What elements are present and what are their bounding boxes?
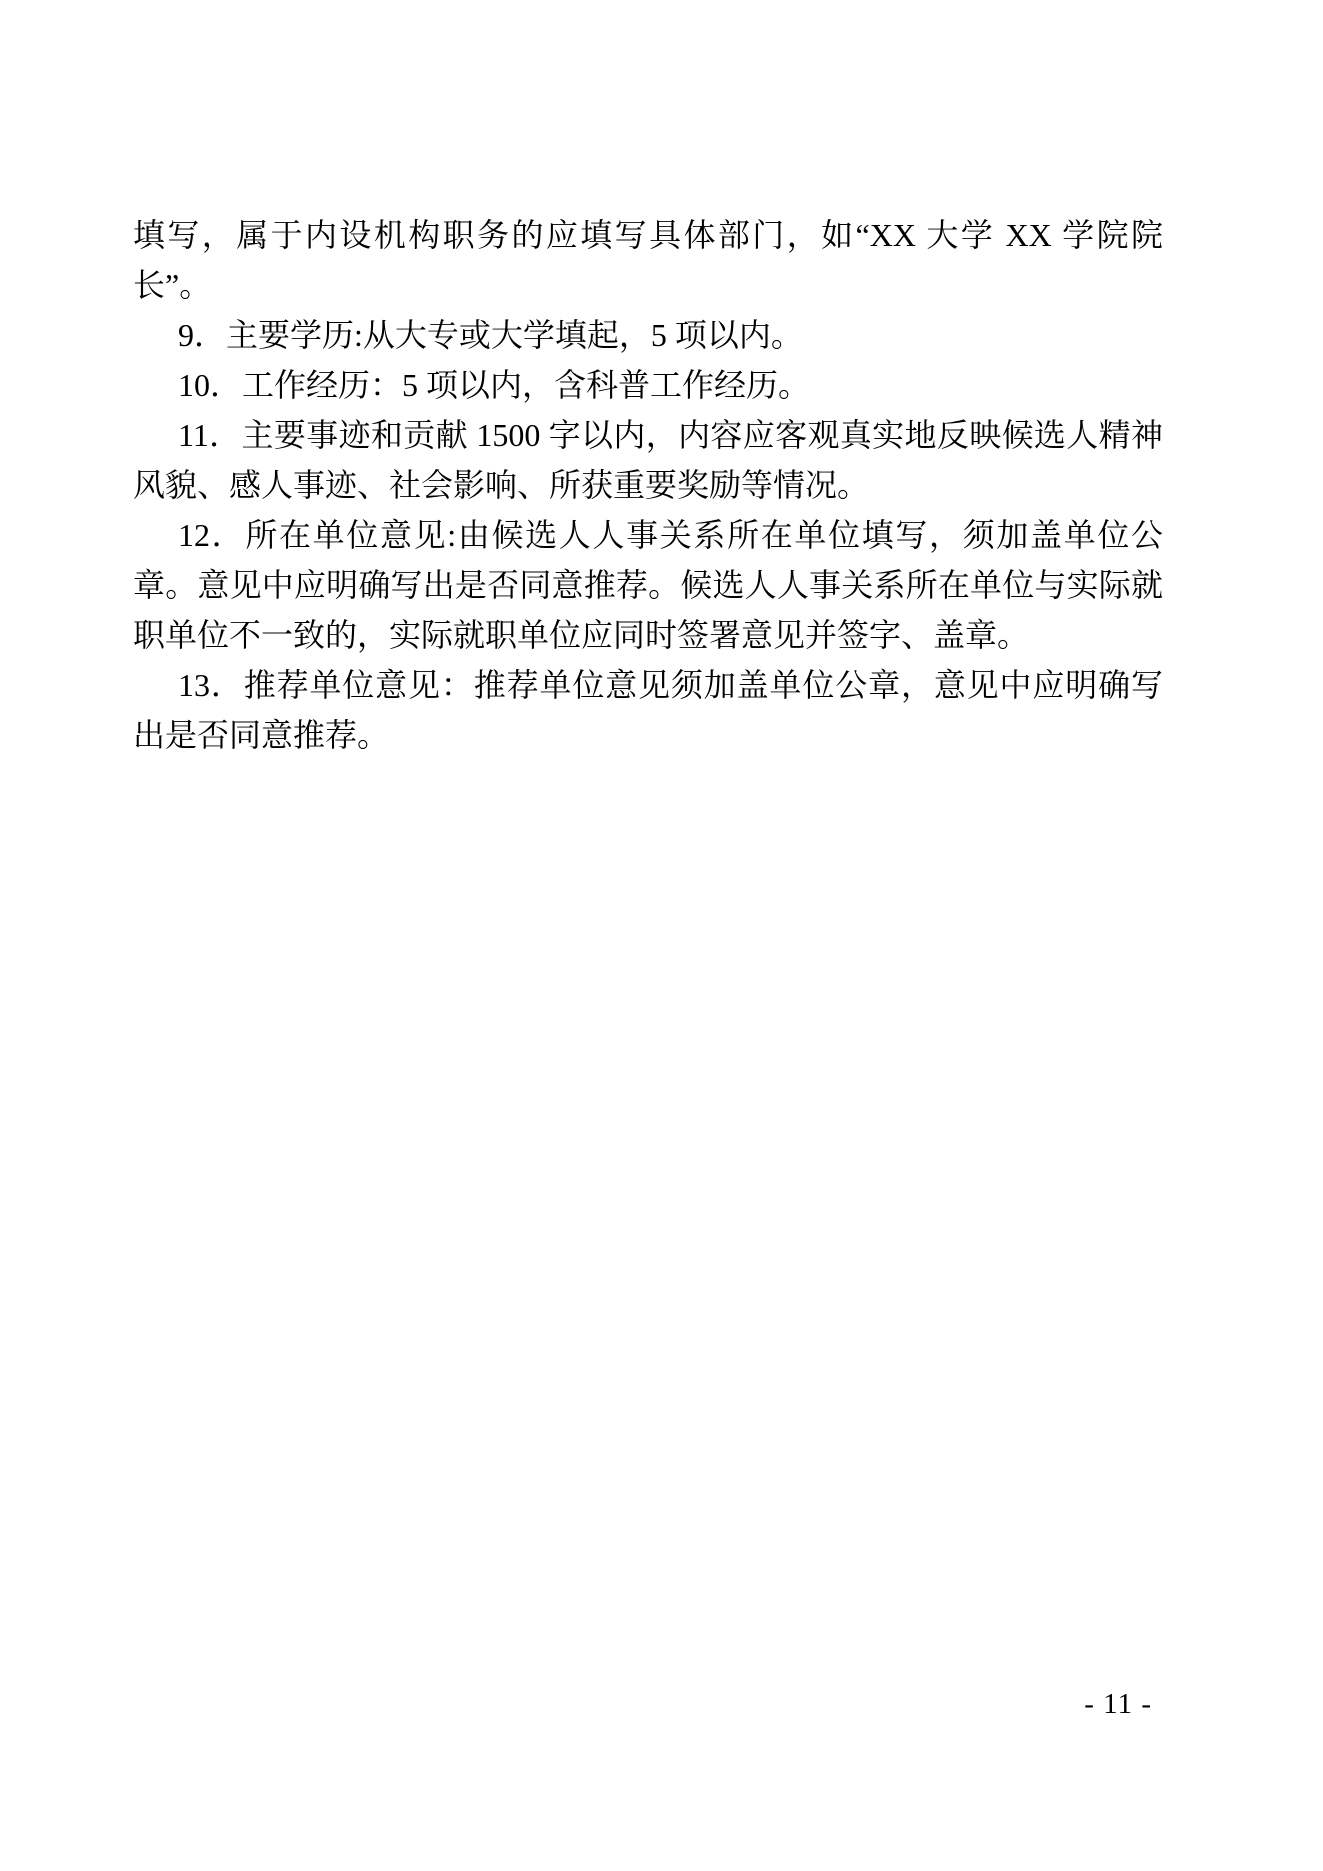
body-text-block: 填写，属于内设机构职务的应填写具体部门，如“XX 大学 XX 学院院长”。 9．… xyxy=(133,210,1163,760)
list-item-12: 12．所在单位意见:由候选人人事关系所在单位填写，须加盖单位公章。意见中应明确写… xyxy=(133,510,1163,660)
list-item-11: 11．主要事迹和贡献 1500 字以内，内容应客观真实地反映候选人精神风貌、感人… xyxy=(133,410,1163,510)
page-number: - 11 - xyxy=(1084,1688,1152,1721)
list-item-10: 10．工作经历：5 项以内，含科普工作经历。 xyxy=(133,360,1163,410)
paragraph-continuation: 填写，属于内设机构职务的应填写具体部门，如“XX 大学 XX 学院院长”。 xyxy=(133,210,1163,310)
document-page: 填写，属于内设机构职务的应填写具体部门，如“XX 大学 XX 学院院长”。 9．… xyxy=(0,0,1323,1871)
list-item-13: 13．推荐单位意见：推荐单位意见须加盖单位公章，意见中应明确写出是否同意推荐。 xyxy=(133,660,1163,760)
list-item-9: 9．主要学历:从大专或大学填起，5 项以内。 xyxy=(133,310,1163,360)
